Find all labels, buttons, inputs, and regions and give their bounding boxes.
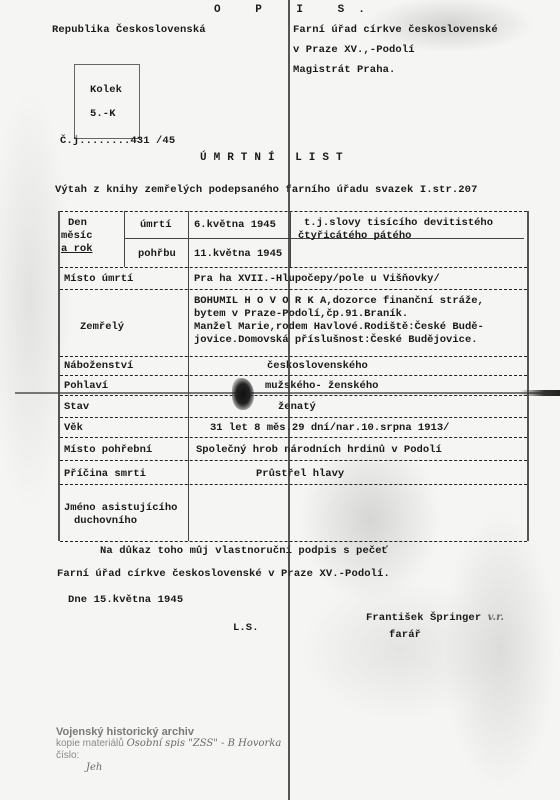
document-page: O P I S. Republika Československá Farní …	[0, 0, 560, 800]
date-group-label-3: a rok	[61, 243, 93, 256]
deceased-label: Zemřelý	[80, 321, 124, 334]
copy-label: O P I S.	[214, 4, 379, 16]
edge-tear-mark	[520, 390, 560, 396]
deceased-line-2: bytem v Praze-Podolí,čp.91.Braník.	[194, 308, 408, 321]
death-date: 6.května 1945	[194, 219, 276, 232]
burial-place-value: Společný hrob národních hrdinů v Podolí	[196, 444, 442, 457]
deceased-line-3: Manžel Marie,rodem Havlové.Rodiště:České…	[194, 321, 484, 334]
cause-of-death-label: Příčina smrti	[64, 468, 146, 481]
signatory-role: farář	[389, 629, 421, 641]
status-label: Stav	[64, 401, 89, 414]
deceased-line-1: BOHUMIL H O V O R K A,dozorce finanční s…	[194, 295, 484, 308]
extract-line: Výtah z knihy zemřelých podepsaného farn…	[55, 184, 477, 196]
stamp-label: Kolek	[90, 84, 122, 96]
death-label: úmrtí	[140, 219, 172, 232]
date-in-words-1: t.j.slovy tisícího devitistého	[304, 217, 493, 230]
date-group-label-2: měsíc	[61, 230, 93, 243]
office-line-2: v Praze XV.,-Podolí	[293, 44, 415, 56]
seal-mark: L.S.	[233, 622, 259, 634]
attestation: Na důkaz toho můj vlastnoruční podpis s …	[100, 545, 388, 557]
death-record-table: Den měsíc a rok úmrtí 6.května 1945 pohř…	[58, 211, 529, 541]
deceased-line-4: jovice.Domovská příslušnost:České Budějo…	[194, 334, 478, 347]
assisting-clergy-label-1: Jméno asistujícího	[64, 502, 177, 515]
burial-place-label: Místo pohřební	[64, 444, 152, 457]
signatory-suffix: v.r.	[488, 612, 505, 623]
assisting-clergy-label-2: duchovního	[74, 515, 137, 528]
signatory: František Špringer v.r.	[366, 612, 504, 624]
cause-of-death-value: Průstřel hlavy	[256, 468, 344, 481]
burial-label: pohřbu	[138, 248, 176, 261]
revenue-stamp-box	[74, 64, 140, 139]
reference-number: Č.j........431 /45	[60, 135, 175, 147]
archive-copy-note: Osobní spis "ZSS" - B Hovorka	[127, 738, 282, 749]
vertical-fold-line	[288, 0, 290, 800]
religion-label: Náboženství	[64, 360, 133, 373]
office-line-3: Magistrát Praha.	[293, 64, 395, 76]
date-group-label-1: Den	[68, 217, 87, 230]
archive-number-label: číslo:	[56, 750, 281, 762]
archive-copy-label: kopie materiálů	[56, 738, 124, 749]
horizontal-fold-line	[15, 392, 560, 394]
archive-number-initials: Jeh	[86, 762, 281, 774]
issue-date: Dne 15.května 1945	[68, 594, 183, 606]
document-heading: ÚMRTNÍ LIST	[200, 152, 350, 164]
religion-value: československého	[267, 360, 368, 373]
age-value: 31 let 8 měs.29 dní/nar.10.srpna 1913/	[210, 422, 449, 435]
burial-date: 11.května 1945	[194, 248, 282, 261]
place-of-death-label: Místo úmrtí	[64, 273, 133, 286]
signatory-name: František Špringer	[366, 612, 481, 624]
republic-name: Republika Československá	[52, 24, 206, 36]
archive-institution: Vojenský historický archiv	[56, 726, 281, 738]
stamp-value: 5.-K	[90, 108, 116, 120]
archive-stamp: Vojenský historický archiv kopie materiá…	[56, 726, 281, 774]
date-in-words-2: čtyřicátého pátého	[298, 230, 411, 243]
status-value: ženatý	[278, 401, 316, 414]
office-line-1: Farní úřad církve československé	[293, 24, 498, 36]
attestation-office: Farní úřad církve československé v Praze…	[57, 568, 390, 580]
fold-tear-mark	[232, 378, 254, 410]
age-label: Věk	[64, 422, 83, 435]
place-of-death-value: Pra ha XVII.-Hlupočepy/pole u Višňovky/	[194, 273, 440, 286]
